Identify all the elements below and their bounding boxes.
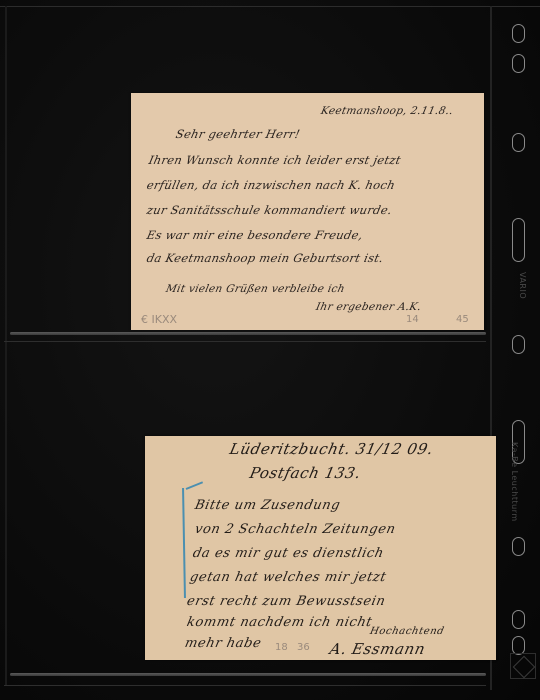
card-signature: A. Essmann	[328, 640, 427, 658]
card-signature: Ihr ergebener A.K.	[315, 301, 423, 313]
binder-hole-icon	[512, 24, 525, 43]
card-body-line: getan hat welches mir jetzt	[188, 570, 387, 585]
pencil-note: 45	[456, 314, 469, 325]
blue-pencil-mark	[182, 488, 186, 598]
blue-pencil-mark	[186, 481, 203, 490]
card-body-line: erfüllen, da ich inzwischen nach K. hoch	[146, 178, 397, 192]
card-dateline: Keetmanshoop, 2.11.8..	[320, 105, 455, 117]
album-page: VARIO Ka-Be Leuchtturm Keetmanshoop, 2.1…	[0, 0, 540, 700]
card-closing: Hochachtend	[369, 626, 446, 637]
card-body-line: erst recht zum Bewusstsein	[185, 594, 387, 609]
card-body-line: da es mir gut es dienstlich	[191, 546, 385, 561]
card-body-line: mehr habe	[183, 636, 262, 651]
card-dateline: Lüderitzbucht. 31/12 09.	[228, 440, 435, 458]
card-body-line: Bitte um Zusendung	[193, 498, 341, 513]
postcard-top: Keetmanshoop, 2.11.8.. Sehr geehrter Her…	[131, 93, 484, 330]
page-edge-left	[5, 6, 7, 686]
pencil-note: 36	[297, 642, 310, 653]
pencil-note: 14	[406, 314, 419, 325]
card-closing: Mit vielen Grüßen verbleibe ich	[165, 283, 346, 295]
binder-hole-icon	[512, 218, 525, 262]
pocket-divider	[10, 332, 486, 335]
album-maker-text: Ka-Be Leuchtturm	[510, 442, 519, 522]
page-edge-top	[0, 6, 540, 7]
pocket-edge	[4, 341, 486, 342]
binder-hole-icon	[512, 335, 525, 354]
postcard-bottom: Lüderitzbucht. 31/12 09. Postfach 133. B…	[145, 436, 496, 660]
album-maker-text: VARIO	[518, 272, 527, 299]
pocket-edge	[4, 685, 486, 686]
binder-hole-icon	[512, 610, 525, 629]
pencil-catalog-note: € IKXX	[141, 313, 177, 326]
card-body-line: von 2 Schachteln Zeitungen	[193, 522, 397, 537]
card-body-line: Ihren Wunsch konnte ich leider erst jetz…	[148, 153, 403, 167]
diamond-logo-icon	[510, 653, 536, 679]
card-address: Postfach 133.	[248, 464, 363, 482]
card-body-line: zur Sanitätsschule kommandiert wurde.	[146, 203, 394, 217]
binder-hole-icon	[512, 537, 525, 556]
pocket-divider	[10, 673, 486, 676]
binder-hole-icon	[512, 133, 525, 152]
card-body-line: Es war mir eine besondere Freude,	[146, 228, 365, 242]
pencil-note: 18	[275, 642, 288, 653]
card-body-line: kommt nachdem ich nicht	[185, 615, 373, 630]
card-salutation: Sehr geehrter Herr!	[175, 127, 302, 141]
binder-hole-icon	[512, 54, 525, 73]
card-body-line: da Keetmanshoop mein Geburtsort ist.	[146, 251, 385, 265]
